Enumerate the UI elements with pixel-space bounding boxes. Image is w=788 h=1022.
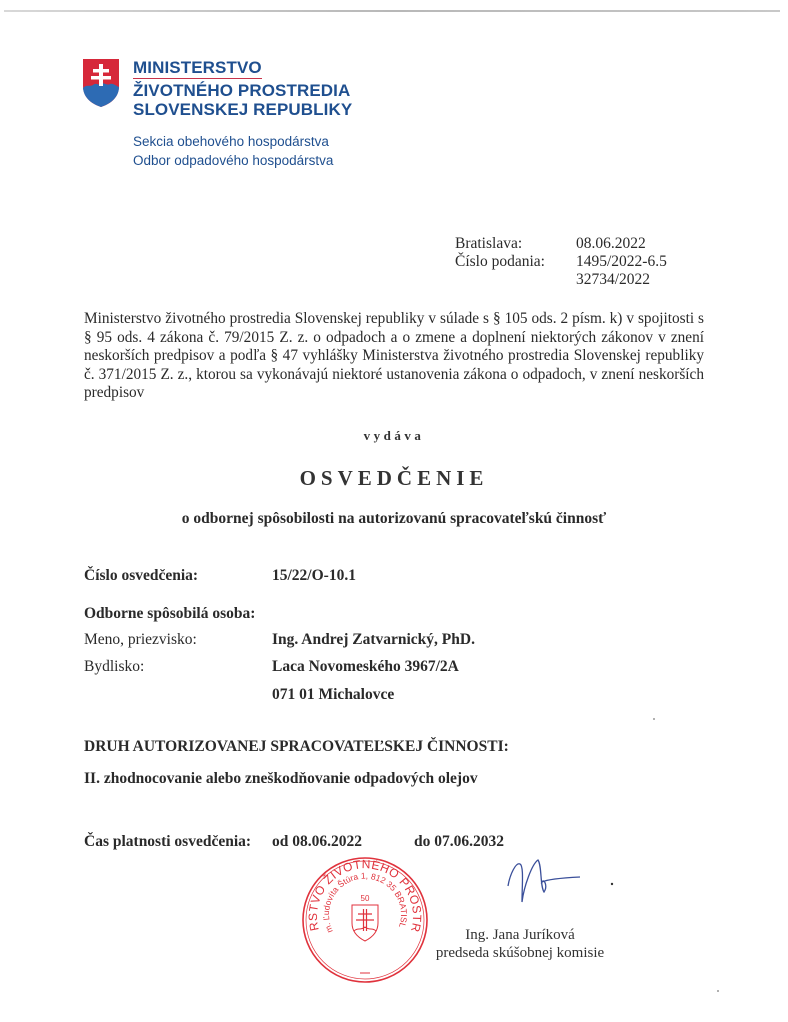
ministry-name-line1: MINISTERSTVO xyxy=(133,58,262,79)
address-line2: 071 01 Michalovce xyxy=(272,686,394,704)
official-stamp-icon: MINISTERSTVO ŽIVOTNÉHO PROSTREDIA SR Nám… xyxy=(300,855,430,985)
office-name: Odbor odpadového hospodárstva xyxy=(133,151,333,170)
legal-basis-paragraph: Ministerstvo životného prostredia Sloven… xyxy=(84,310,704,403)
scan-speck xyxy=(717,990,719,992)
section-name: Sekcia obehového hospodárstva xyxy=(133,132,333,151)
filing-number: 1495/2022-6.5 xyxy=(576,253,667,271)
place-label: Bratislava: xyxy=(455,235,576,253)
validity-label: Čas platnosti osvedčenia: xyxy=(84,833,251,851)
validity-to: do 07.06.2032 xyxy=(414,833,504,851)
address-label: Bydlisko: xyxy=(84,658,144,676)
qualified-person-label: Odborne spôsobilá osoba: xyxy=(84,605,255,623)
validity-from: od 08.06.2022 xyxy=(272,833,362,851)
name-label: Meno, priezvisko: xyxy=(84,631,197,649)
signer-block: Ing. Jana Juríková predseda skúšobnej ko… xyxy=(430,926,610,962)
ministry-name-line3: SLOVENSKEJ REPUBLIKY xyxy=(133,100,352,119)
activity-value: II. zhodnocovanie alebo zneškodňovanie o… xyxy=(84,770,478,788)
document-subtitle: o odbornej spôsobilosti na autorizovanú … xyxy=(0,510,788,528)
ministry-name: MINISTERSTVO ŽIVOTNÉHO PROSTREDIA SLOVEN… xyxy=(133,58,352,119)
issues-verb: vydáva xyxy=(0,428,788,444)
svg-text:50: 50 xyxy=(361,894,370,903)
ministry-name-line2: ŽIVOTNÉHO PROSTREDIA xyxy=(133,81,352,100)
signer-role: predseda skúšobnej komisie xyxy=(430,944,610,962)
issue-date: 08.06.2022 xyxy=(576,235,646,253)
certificate-number: 15/22/O-10.1 xyxy=(272,567,356,585)
signer-name: Ing. Jana Juríková xyxy=(430,926,610,944)
slovak-coat-of-arms-icon xyxy=(82,58,120,108)
scan-top-edge-line xyxy=(4,10,780,12)
signature-icon xyxy=(500,856,630,906)
document-meta: Bratislava:08.06.2022 Číslo podania:1495… xyxy=(455,235,667,289)
activity-heading: DRUH AUTORIZOVANEJ SPRACOVATEĽSKEJ ČINNO… xyxy=(84,738,509,756)
filing-label: Číslo podania: xyxy=(455,253,576,271)
person-name: Ing. Andrej Zatvarnický, PhD. xyxy=(272,631,475,649)
scan-speck xyxy=(653,718,655,720)
filing-number-2: 32734/2022 xyxy=(576,271,650,289)
legal-basis-text: Ministerstvo životného prostredia Sloven… xyxy=(84,310,704,403)
certificate-number-label: Číslo osvedčenia: xyxy=(84,567,198,585)
address-line1: Laca Novomeského 3967/2A xyxy=(272,658,459,676)
document-title: OSVEDČENIE xyxy=(0,466,788,491)
department: Sekcia obehového hospodárstva Odbor odpa… xyxy=(133,132,333,170)
